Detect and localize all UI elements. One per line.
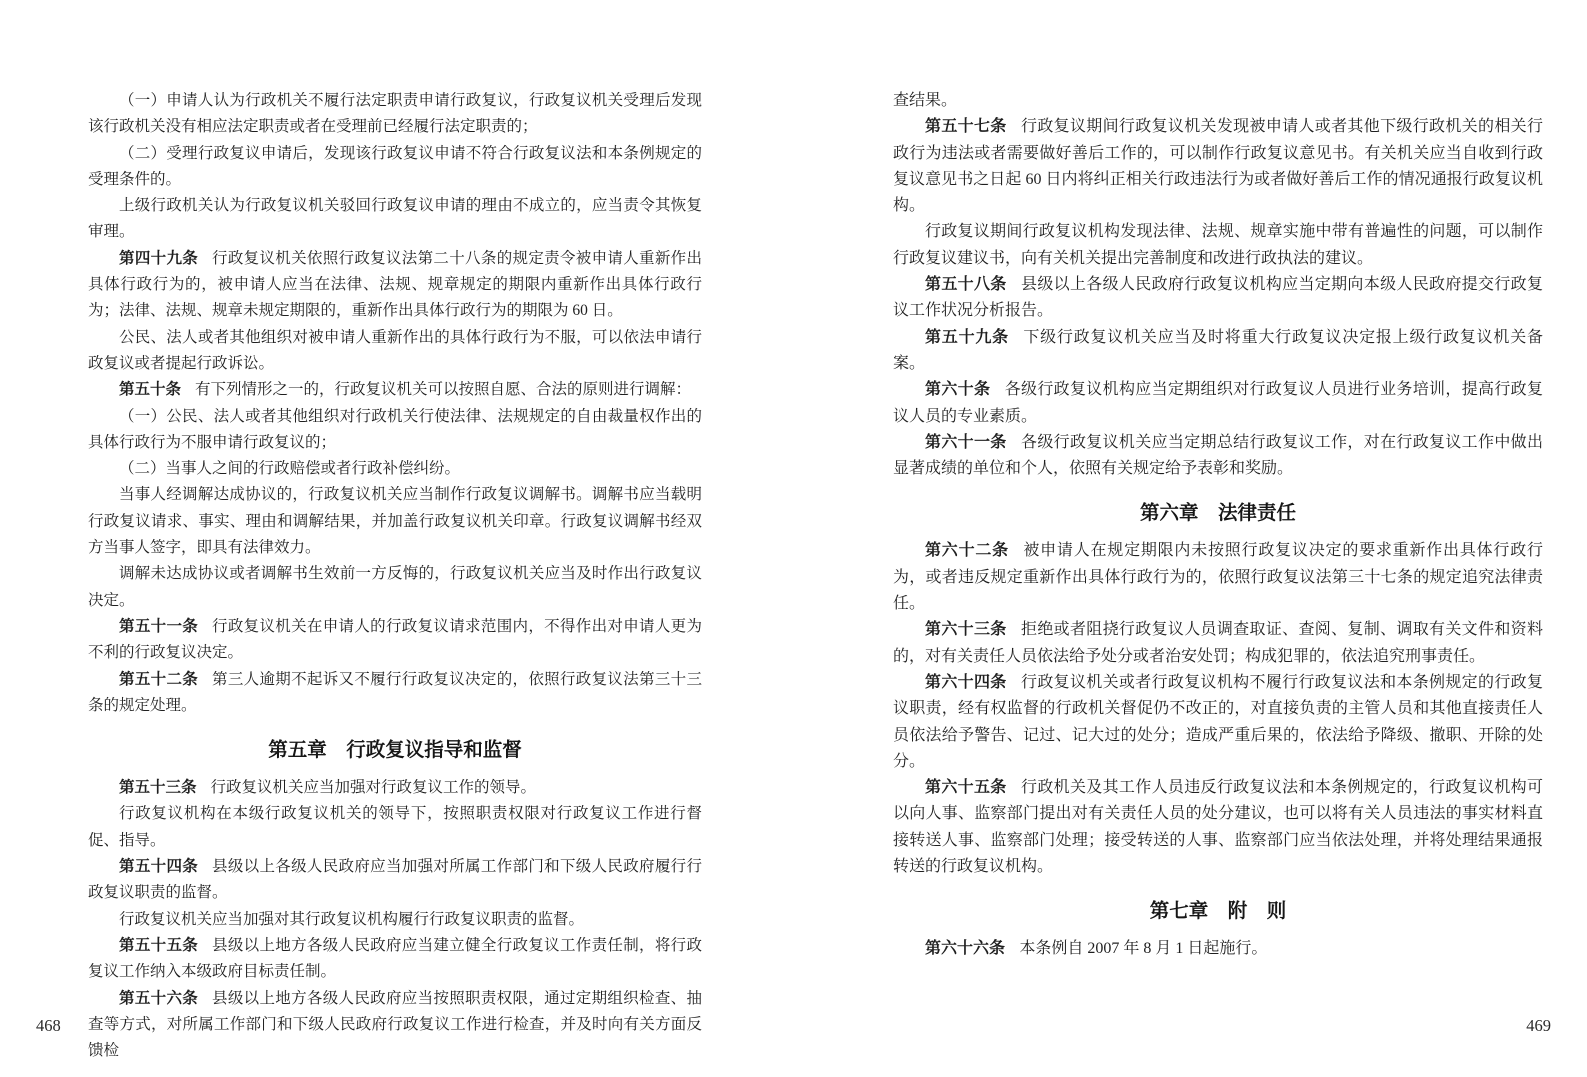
paragraph: 公民、法人或者其他组织对被申请人重新作出的具体行政行为不服，可以依法申请行政复议… <box>88 325 702 378</box>
article-paragraph: 第五十七条行政复议期间行政复议机关发现被申请人或者其他下级行政机关的相关行政行为… <box>893 114 1543 219</box>
page-number-left: 468 <box>36 1016 61 1036</box>
paragraph: 行政复议期间行政复议机构发现法律、法规、规章实施中带有普遍性的问题，可以制作行政… <box>893 219 1543 272</box>
article-number: 第六十五条 <box>925 779 1007 796</box>
paragraph: （一）公民、法人或者其他组织对行政机关行使法律、法规规定的自由裁量权作出的具体行… <box>88 404 702 457</box>
article-paragraph: 第六十三条拒绝或者阻挠行政复议人员调查取证、查阅、复制、调取有关文件和资料的，对… <box>893 617 1543 670</box>
paragraph: 当事人经调解达成协议的，行政复议机关应当制作行政复议调解书。调解书应当载明行政复… <box>88 482 702 561</box>
chapter-heading: 第七章附 则 <box>893 897 1543 925</box>
article-paragraph: 第五十六条县级以上地方各级人民政府应当按照职责权限，通过定期组织检查、抽查等方式… <box>88 986 702 1065</box>
article-paragraph: 第五十二条第三人逾期不起诉又不履行行政复议决定的，依照行政复议法第三十三条的规定… <box>88 667 702 720</box>
article-paragraph: 第五十一条行政复议机关在申请人的行政复议请求范围内，不得作出对申请人更为不利的行… <box>88 614 702 667</box>
article-paragraph: 第五十三条行政复议机关应当加强对行政复议工作的领导。 <box>88 775 702 801</box>
article-number: 第五十四条 <box>119 858 198 875</box>
paragraph: 查结果。 <box>893 88 1543 114</box>
chapter-heading: 第五章行政复议指导和监督 <box>88 736 702 764</box>
article-number: 第五十三条 <box>119 779 197 796</box>
article-number: 第五十八条 <box>925 276 1007 293</box>
article-number: 第五十五条 <box>119 937 198 954</box>
article-number: 第六十条 <box>925 381 990 398</box>
paragraph: 行政复议机关应当加强对其行政复议机构履行行政复议职责的监督。 <box>88 907 702 933</box>
paragraph: （二）当事人之间的行政赔偿或者行政补偿纠纷。 <box>88 456 702 482</box>
article-paragraph: 第六十四条行政复议机关或者行政复议机构不履行行政复议法和本条例规定的行政复议职责… <box>893 670 1543 775</box>
article-paragraph: 第六十条各级行政复议机构应当定期组织对行政复议人员进行业务培训，提高行政复议人员… <box>893 377 1543 430</box>
book-spread: （一）申请人认为行政机关不履行法定职责申请行政复议，行政复议机关受理后发现该行政… <box>0 0 1587 1077</box>
chapter-title: 附 则 <box>1228 900 1287 922</box>
article-number: 第六十三条 <box>925 621 1007 638</box>
article-number: 第六十四条 <box>925 674 1007 691</box>
chapter-number: 第七章 <box>1150 900 1209 922</box>
article-number: 第五十七条 <box>925 118 1007 135</box>
article-paragraph: 第五十四条县级以上各级人民政府应当加强对所属工作部门和下级人民政府履行行政复议职… <box>88 854 702 907</box>
article-paragraph: 第四十九条行政复议机关依照行政复议法第二十八条的规定责令被申请人重新作出具体行政… <box>88 246 702 325</box>
paragraph: 上级行政机关认为行政复议机关驳回行政复议申请的理由不成立的，应当责令其恢复审理。 <box>88 193 702 246</box>
article-paragraph: 第五十五条县级以上地方各级人民政府应当建立健全行政复议工作责任制，将行政复议工作… <box>88 933 702 986</box>
article-number: 第四十九条 <box>119 250 198 267</box>
article-paragraph: 第六十五条行政机关及其工作人员违反行政复议法和本条例规定的，行政复议机构可以向人… <box>893 775 1543 880</box>
paragraph: 调解未达成协议或者调解书生效前一方反悔的，行政复议机关应当及时作出行政复议决定。 <box>88 561 702 614</box>
paragraph: （一）申请人认为行政机关不履行法定职责申请行政复议，行政复议机关受理后发现该行政… <box>88 88 702 141</box>
article-number: 第六十六条 <box>925 940 1005 957</box>
chapter-number: 第六章 <box>1140 502 1199 524</box>
chapter-title: 法律责任 <box>1218 502 1296 524</box>
article-paragraph: 第五十八条县级以上各级人民政府行政复议机构应当定期向本级人民政府提交行政复议工作… <box>893 272 1543 325</box>
article-number: 第五十条 <box>119 381 181 398</box>
page-number-right: 469 <box>1526 1016 1551 1036</box>
chapter-heading: 第六章法律责任 <box>893 499 1543 527</box>
right-page-text-column: 查结果。第五十七条行政复议期间行政复议机关发现被申请人或者其他下级行政机关的相关… <box>893 88 1543 963</box>
article-number: 第五十六条 <box>119 990 198 1007</box>
article-paragraph: 第六十一条各级行政复议机关应当定期总结行政复议工作，对在行政复议工作中做出显著成… <box>893 430 1543 483</box>
paragraph: （二）受理行政复议申请后，发现该行政复议申请不符合行政复议法和本条例规定的受理条… <box>88 141 702 194</box>
article-paragraph: 第五十九条下级行政复议机关应当及时将重大行政复议决定报上级行政复议机关备案。 <box>893 325 1543 378</box>
article-number: 第五十一条 <box>119 618 198 635</box>
chapter-title: 行政复议指导和监督 <box>346 739 522 761</box>
article-number: 第五十九条 <box>925 329 1009 346</box>
chapter-number: 第五章 <box>268 739 327 761</box>
article-paragraph: 第五十条有下列情形之一的，行政复议机关可以按照自愿、合法的原则进行调解： <box>88 377 702 403</box>
article-paragraph: 第六十二条被申请人在规定期限内未按照行政复议决定的要求重新作出具体行政行为，或者… <box>893 538 1543 617</box>
article-number: 第六十一条 <box>925 434 1007 451</box>
article-paragraph: 第六十六条本条例自 2007 年 8 月 1 日起施行。 <box>893 936 1543 962</box>
article-number: 第五十二条 <box>119 671 198 688</box>
article-number: 第六十二条 <box>925 542 1009 559</box>
paragraph: 行政复议机构在本级行政复议机关的领导下，按照职责权限对行政复议工作进行督促、指导… <box>88 801 702 854</box>
left-page-text-column: （一）申请人认为行政机关不履行法定职责申请行政复议，行政复议机关受理后发现该行政… <box>88 88 702 1064</box>
